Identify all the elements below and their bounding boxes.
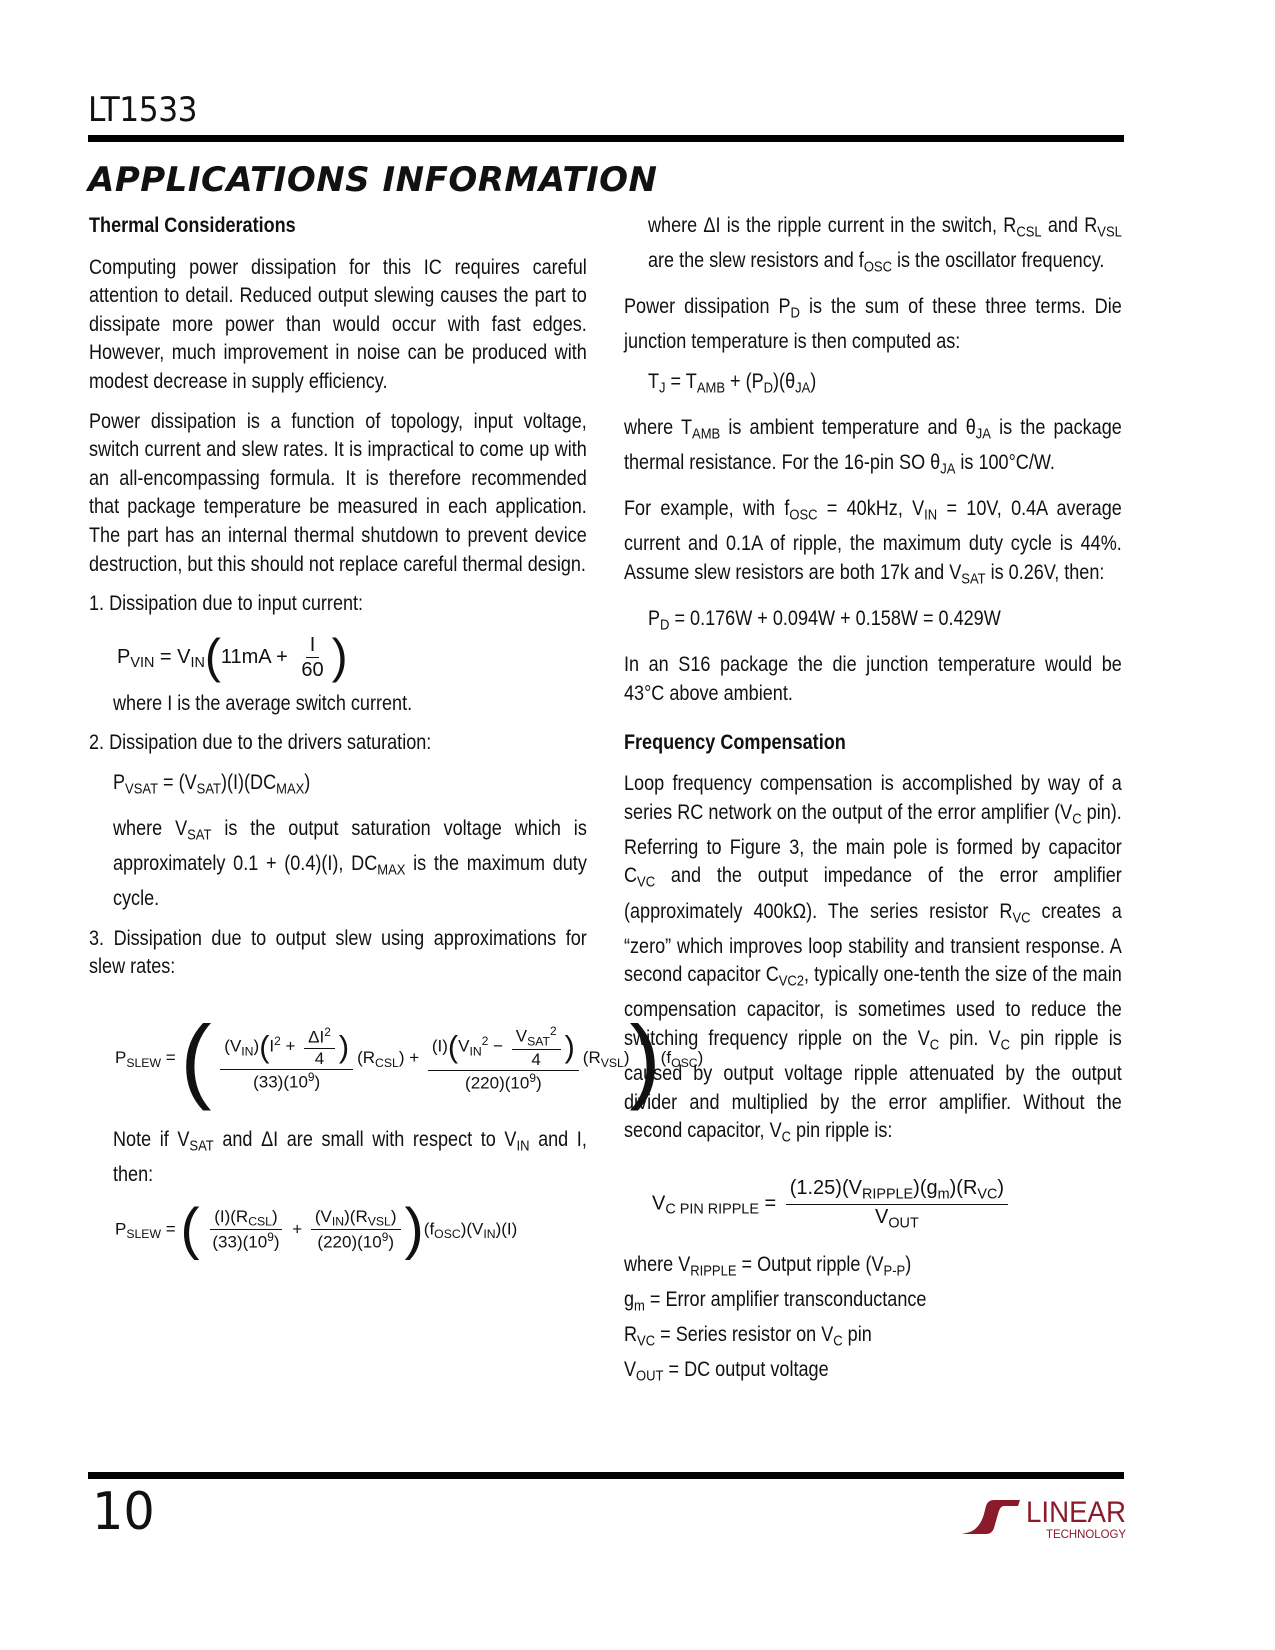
- note: Note if VSAT and ΔI are small with respe…: [113, 1126, 588, 1190]
- list-item: 3. Dissipation due to output slew using …: [89, 925, 588, 982]
- right-column: where ΔI is the ripple current in the sw…: [624, 212, 1123, 1391]
- lt-logo-icon: LINEAR TECHNOLOGY: [960, 1492, 1130, 1542]
- list-item: 2. Dissipation due to the drivers satura…: [89, 729, 588, 758]
- paragraph: Computing power dissipation for this IC …: [89, 254, 588, 397]
- formula-pslew: PSLEW = ( (VIN)(I2 + ΔI24)(33)(109)(RCSL…: [115, 1012, 588, 1106]
- formula-pd: PD = 0.176W + 0.094W + 0.158W = 0.429W: [648, 605, 1123, 640]
- note: where I is the average switch current.: [113, 690, 588, 719]
- thermal-heading: Thermal Considerations: [89, 212, 588, 241]
- left-column: Thermal Considerations Computing power d…: [89, 212, 588, 1259]
- formula-pvsat: PVSAT = (VSAT)(I)(DCMAX): [113, 769, 588, 804]
- definitions: where VRIPPLE = Output ripple (VP-P) gm …: [624, 1251, 1123, 1392]
- list-item: 1. Dissipation due to input current:: [89, 590, 588, 619]
- svg-text:LINEAR: LINEAR: [1026, 1496, 1126, 1529]
- section-title: APPLICATIONS INFORMATION: [88, 160, 658, 200]
- paragraph: In an S16 package the die junction tempe…: [624, 651, 1123, 708]
- formula-tj: TJ = TAMB + (PD)(θJA): [648, 368, 1123, 403]
- freq-heading: Frequency Compensation: [624, 729, 1123, 758]
- paragraph: For example, with fOSC = 40kHz, VIN = 10…: [624, 495, 1123, 594]
- note: where VSAT is the output saturation volt…: [113, 815, 588, 914]
- part-number: LT1533: [88, 90, 197, 130]
- header-rule: [88, 135, 1124, 142]
- svg-text:TECHNOLOGY: TECHNOLOGY: [1046, 1527, 1126, 1541]
- paragraph: Loop frequency compensation is accomplis…: [624, 770, 1123, 1152]
- page-number: 10: [92, 1482, 155, 1542]
- linear-technology-logo: LINEAR TECHNOLOGY: [960, 1492, 1130, 1542]
- paragraph: where TAMB is ambient temperature and θJ…: [624, 414, 1123, 484]
- formula-pvin: PVIN = VIN(11mA + I60): [117, 633, 588, 682]
- footer-rule: [88, 1472, 1124, 1479]
- paragraph: Power dissipation PD is the sum of these…: [624, 293, 1123, 357]
- formula-vc-ripple: VC PIN RIPPLE = (1.25)(VRIPPLE)(gm)(RVC)…: [652, 1176, 1123, 1232]
- paragraph: Power dissipation is a function of topol…: [89, 408, 588, 580]
- formula-pslew-simplified: PSLEW = ( (I)(RCSL)(33)(109) + (VIN)(RVS…: [115, 1201, 588, 1259]
- paragraph: where ΔI is the ripple current in the sw…: [648, 212, 1123, 282]
